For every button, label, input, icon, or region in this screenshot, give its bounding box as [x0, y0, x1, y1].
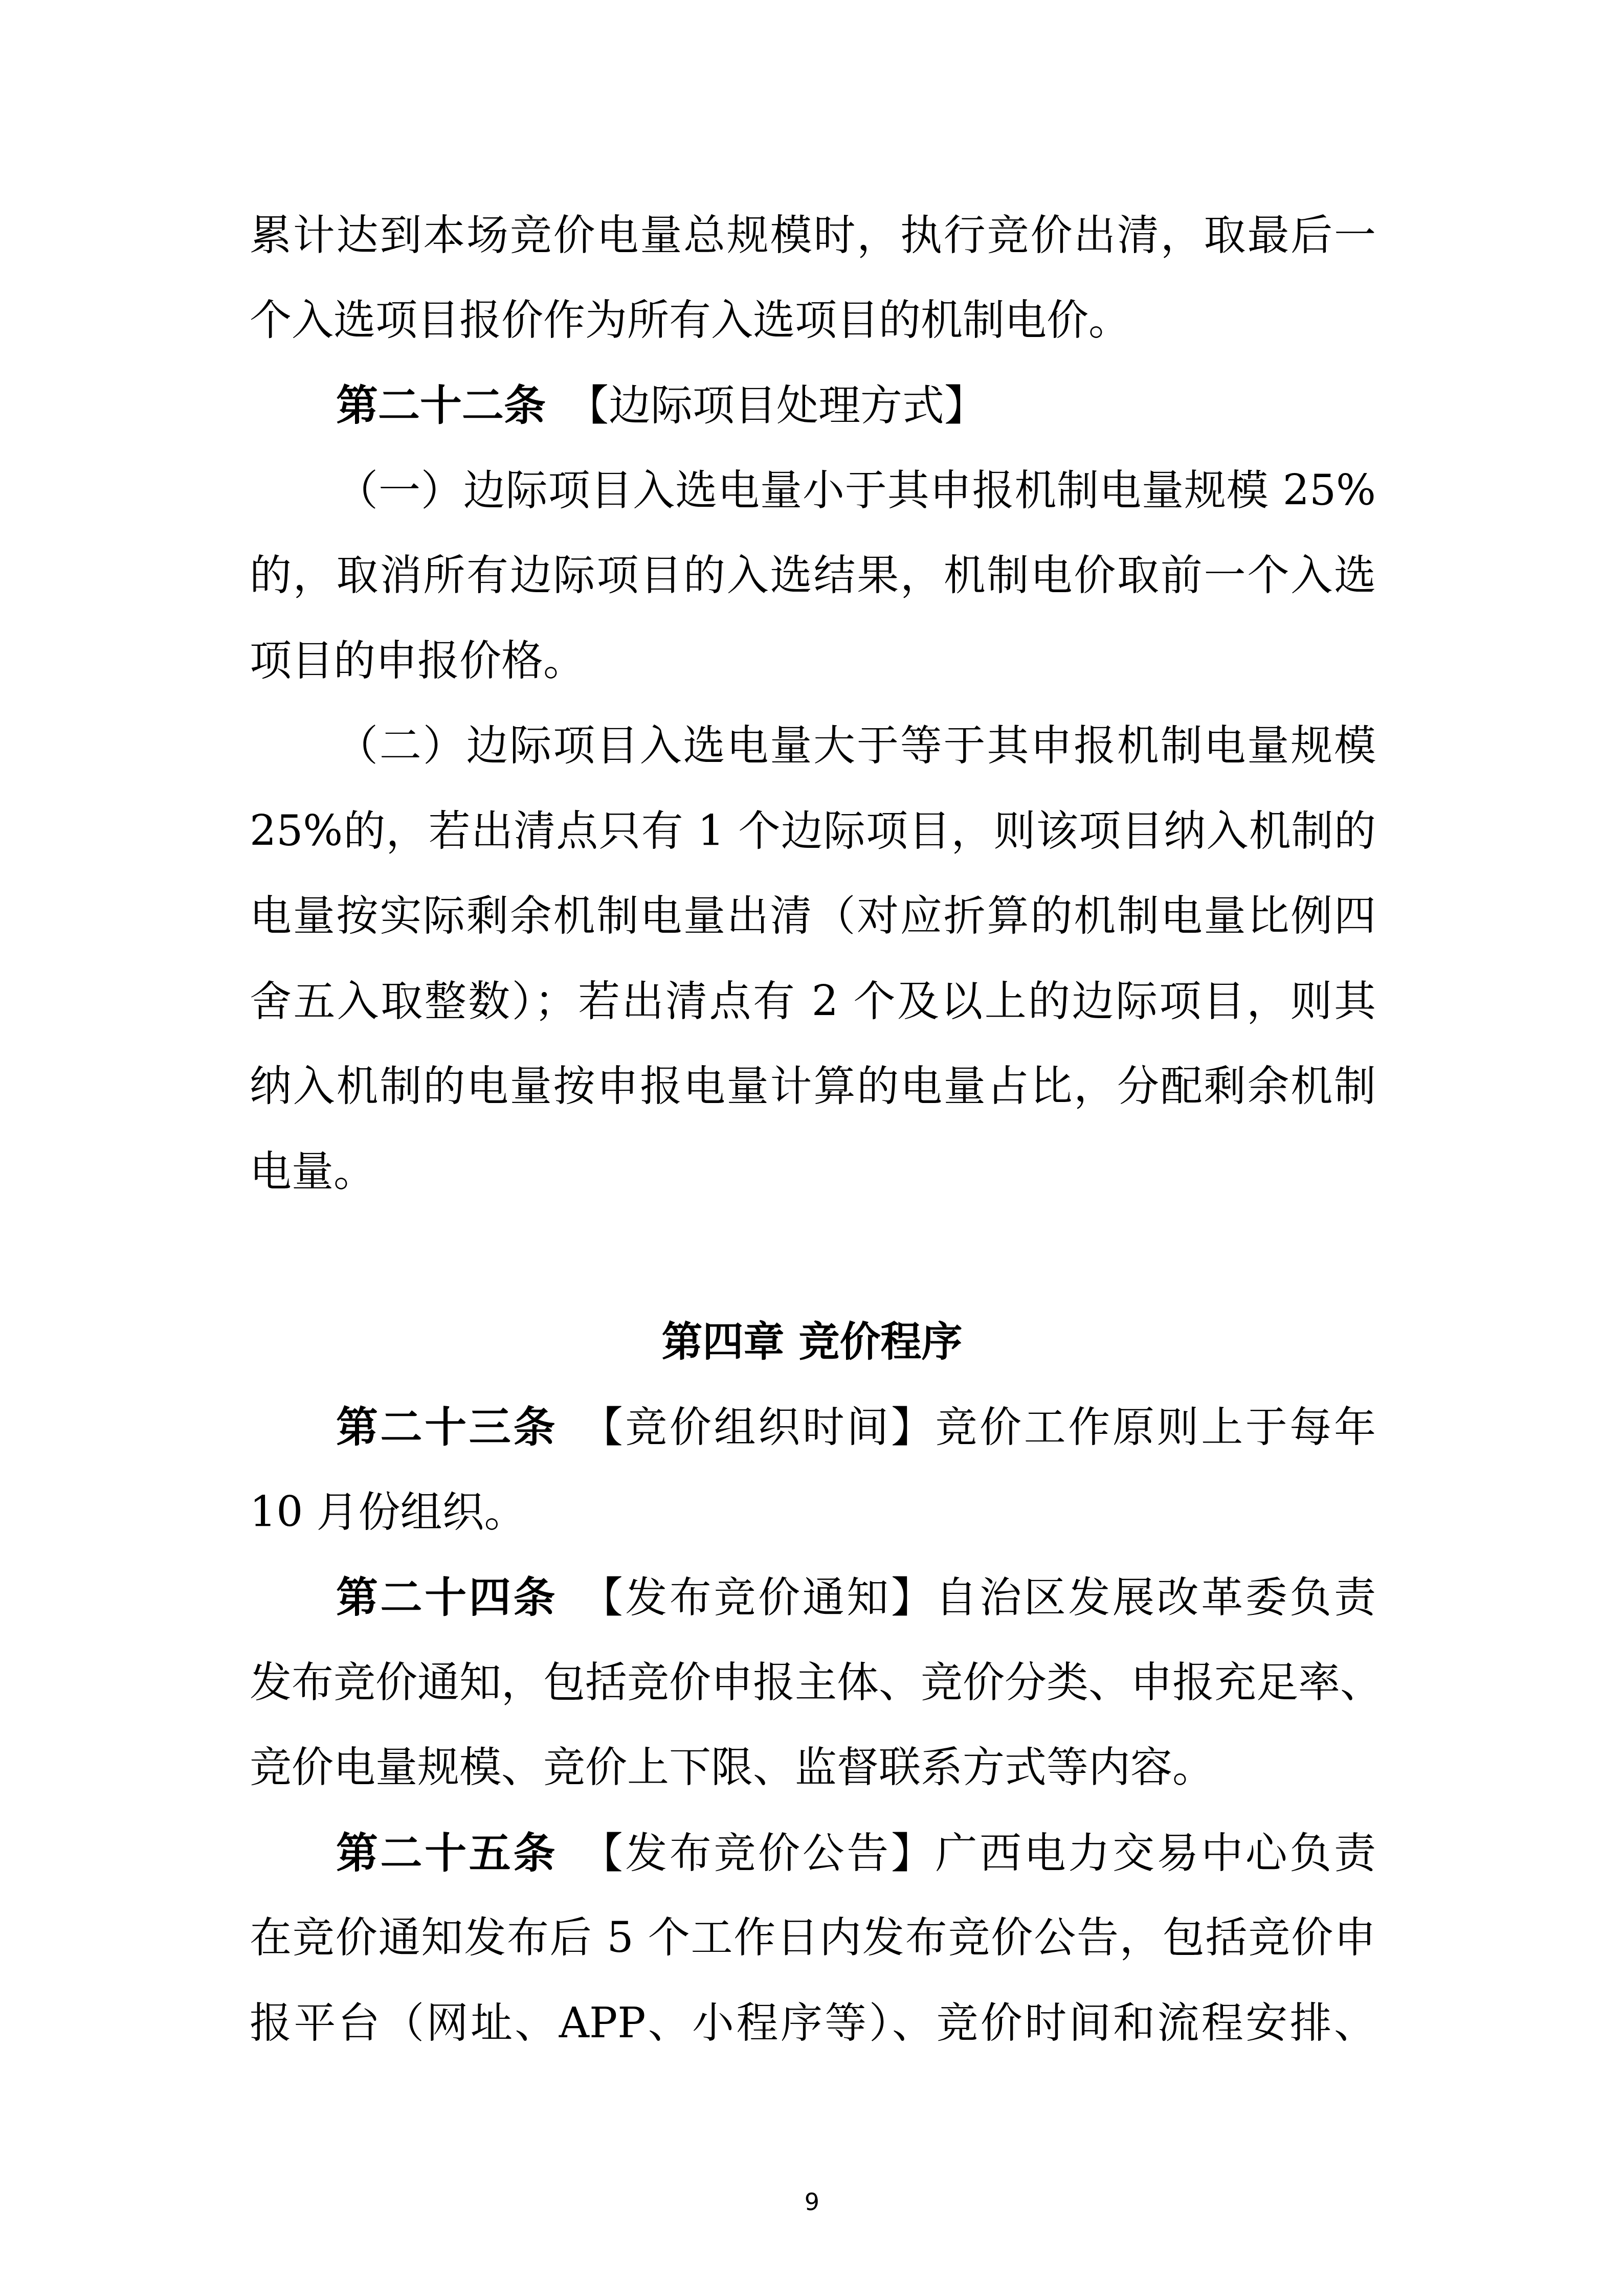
body-line: 10 月份组织。 [250, 1487, 1376, 1538]
body-line: （一）边际项目入选电量小于其申报机制电量规模 25% [336, 465, 1376, 516]
body-line: 报平台（网址、APP、小程序等）、竞价时间和流程安排、 [250, 1998, 1376, 2049]
article-text: 【竞价组织时间】竞价工作原则上于每年 [558, 1403, 1376, 1452]
body-line: 电量。 [250, 1146, 1376, 1198]
article-22-title-line: 第二十二条 【边际项目处理方式】 [336, 380, 1376, 431]
body-line: 项目的申报价格。 [250, 636, 1376, 687]
body-line: 的，取消所有边际项目的入选结果，机制电价取前一个入选 [250, 550, 1376, 601]
body-line: 个入选项目报价作为所有入选项目的机制电价。 [250, 295, 1376, 346]
article-number: 第二十四条 [336, 1573, 558, 1622]
page-number: 9 [0, 2187, 1624, 2217]
article-title: 【边际项目处理方式】 [546, 381, 986, 430]
body-line: 发布竞价通知，包括竞价申报主体、竞价分类、申报充足率、 [250, 1657, 1376, 1708]
article-23-title-line: 第二十三条 【竞价组织时间】竞价工作原则上于每年 [336, 1402, 1376, 1453]
body-line: 25%的，若出清点只有 1 个边际项目，则该项目纳入机制的 [250, 806, 1376, 857]
body-line: 舍五入取整数）；若出清点有 2 个及以上的边际项目，则其 [250, 976, 1376, 1027]
body-line: （二）边际项目入选电量大于等于其申报机制电量规模 [336, 721, 1376, 772]
article-25-title-line: 第二十五条 【发布竞价公告】广西电力交易中心负责 [336, 1828, 1376, 1879]
article-number: 第二十五条 [336, 1829, 558, 1878]
article-text: 【发布竞价通知】自治区发展改革委负责 [558, 1573, 1376, 1622]
article-number: 第二十三条 [336, 1403, 558, 1452]
document-page: 累计达到本场竞价电量总规模时，执行竞价出清，取最后一 个入选项目报价作为所有入选… [0, 0, 1624, 2296]
body-line: 在竞价通知发布后 5 个工作日内发布竞价公告，包括竞价申 [250, 1912, 1376, 1964]
article-text: 【发布竞价公告】广西电力交易中心负责 [558, 1829, 1376, 1878]
body-line: 竞价电量规模、竞价上下限、监督联系方式等内容。 [250, 1742, 1376, 1793]
chapter-heading: 第四章 竞价程序 [0, 1316, 1624, 1367]
body-line: 电量按实际剩余机制电量出清（对应折算的机制电量比例四 [250, 891, 1376, 942]
body-line: 纳入机制的电量按申报电量计算的电量占比，分配剩余机制 [250, 1061, 1376, 1112]
article-24-title-line: 第二十四条 【发布竞价通知】自治区发展改革委负责 [336, 1572, 1376, 1623]
article-number: 第二十二条 [336, 381, 546, 430]
body-line: 累计达到本场竞价电量总规模时，执行竞价出清，取最后一 [250, 210, 1376, 261]
